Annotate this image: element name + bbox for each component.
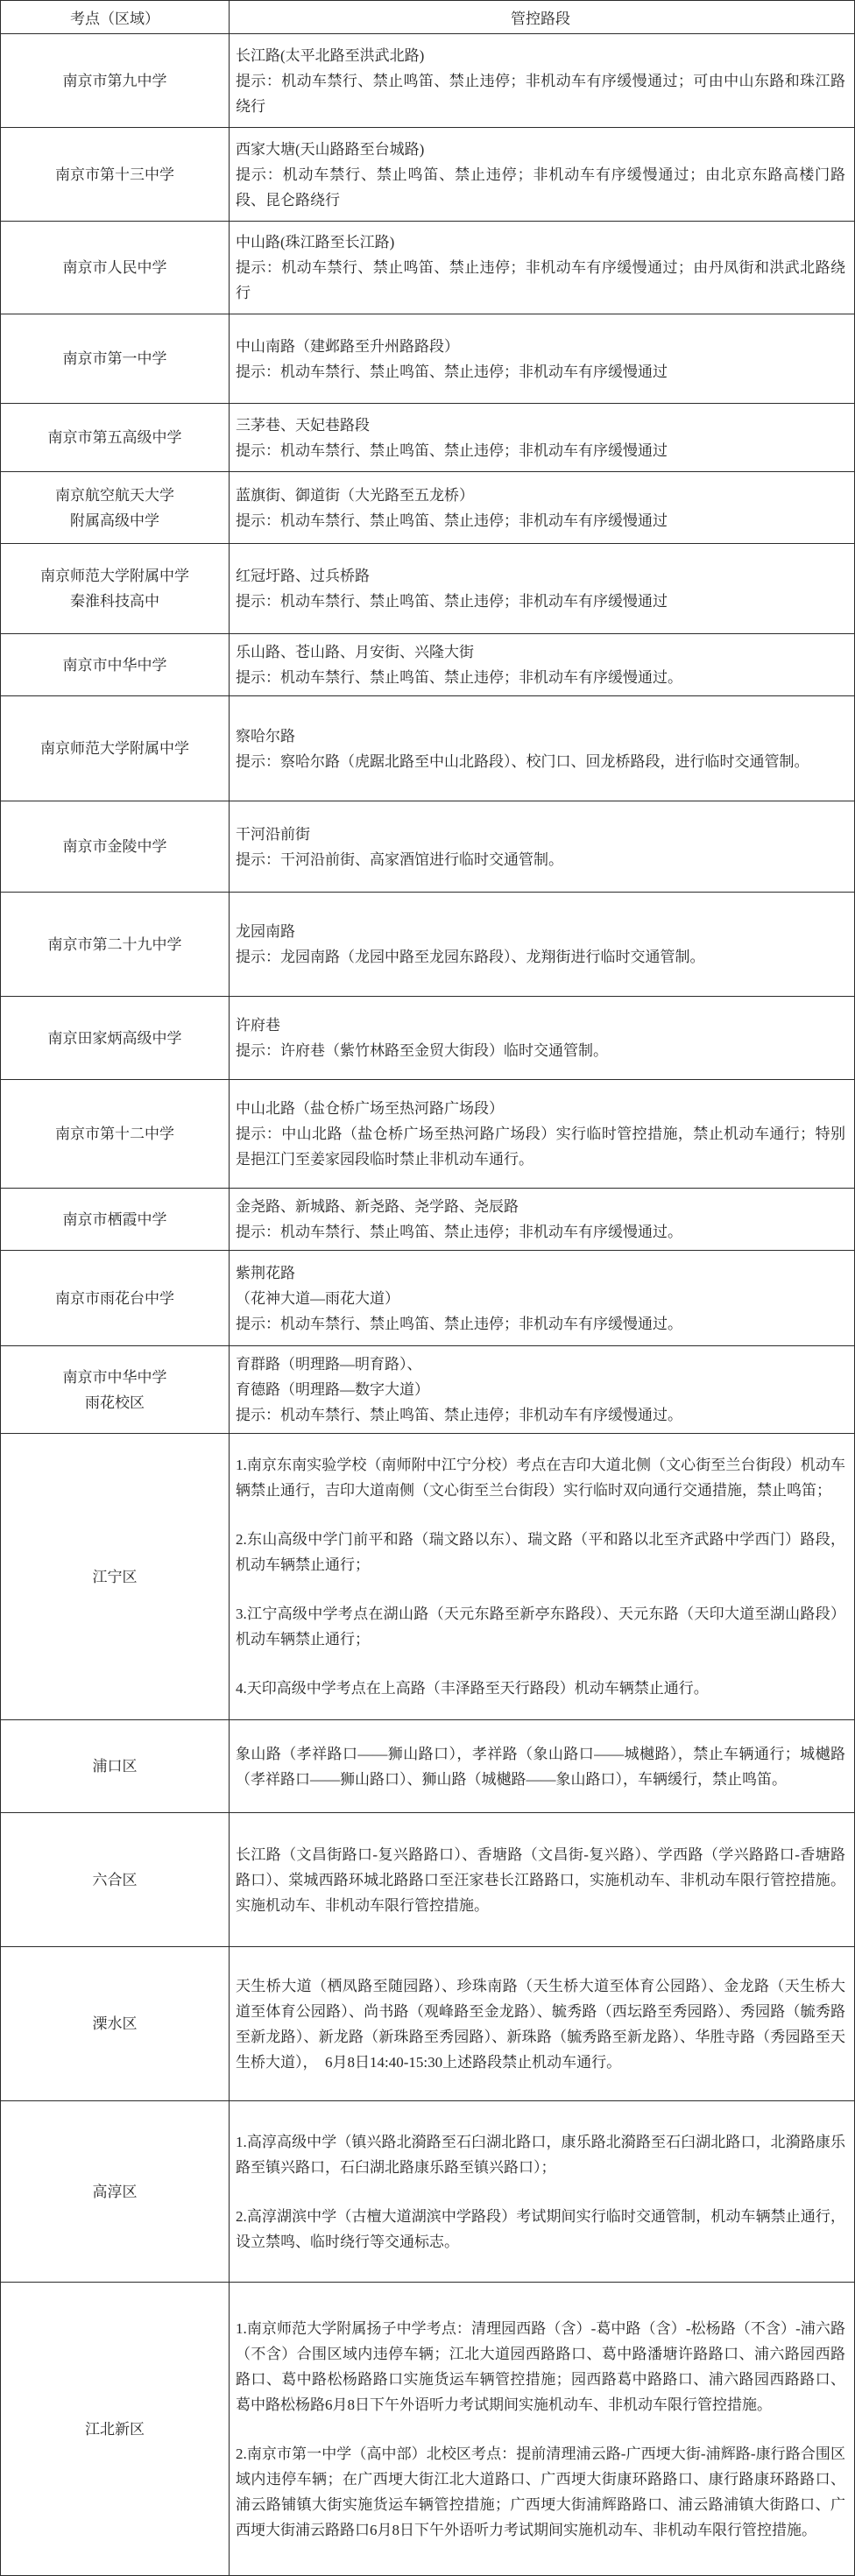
exam-site-line: 南京田家炳高级中学 <box>6 1026 223 1051</box>
controlled-roads-cell: 紫荆花路（花神大道—雨花大道）提示：机动车禁行、禁止鸣笛、禁止违停；非机动车有序… <box>230 1251 855 1346</box>
exam-site-line: 南京航空航天大学 <box>6 483 223 508</box>
header-row: 考点（区域） 管控路段 <box>1 1 855 34</box>
controlled-roads-cell: 天生桥大道（栖凤路至随园路）、珍珠南路（天生桥大道至体育公园路）、金龙路（天生桥… <box>230 1947 855 2101</box>
exam-site-cell: 江宁区 <box>1 1434 230 1720</box>
table-body: 南京市第九中学长江路(太平北路至洪武北路)提示：机动车禁行、禁止鸣笛、禁止违停；… <box>1 34 855 2576</box>
exam-site-line: 南京师范大学附属中学 <box>6 736 223 761</box>
exam-site-cell: 南京师范大学附属中学 <box>1 696 230 801</box>
exam-site-cell: 南京市第二十九中学 <box>1 893 230 997</box>
exam-site-line: 南京市金陵中学 <box>6 834 223 859</box>
exam-site-cell: 南京市金陵中学 <box>1 801 230 893</box>
road-control-text: 1.南京师范大学附属扬子中学考点：清理园西路（含）-葛中路（含）-松杨路（不含）… <box>236 2316 845 2417</box>
controlled-roads-cell: 长江路（文昌街路口-复兴路路口）、香塘路（文昌街-复兴路）、学西路（学兴路路口-… <box>230 1813 855 1947</box>
table-row: 南京市第二十九中学龙园南路提示：龙园南路（龙园中路至龙园东路段）、龙翔街进行临时… <box>1 893 855 997</box>
road-control-text: 许府巷 <box>236 1013 845 1038</box>
exam-site-line: 南京市人民中学 <box>6 255 223 280</box>
exam-site-line: 江北新区 <box>6 2417 223 2442</box>
exam-site-cell: 高淳区 <box>1 2101 230 2283</box>
table-row: 南京市第一中学中山南路（建邺路至升州路路段）提示：机动车禁行、禁止鸣笛、禁止违停… <box>1 314 855 404</box>
exam-site-line: 溧水区 <box>6 2011 223 2036</box>
exam-site-cell: 南京市第九中学 <box>1 34 230 128</box>
table-row: 高淳区1.高淳高级中学（镇兴路北漪路至石臼湖北路口，康乐路北漪路至石臼湖北路口，… <box>1 2101 855 2283</box>
controlled-roads-cell: 1.南京东南实验学校（南师附中江宁分校）考点在吉印大道北侧（文心街至兰台街段）机… <box>230 1434 855 1720</box>
controlled-roads-cell: 中山南路（建邺路至升州路路段）提示：机动车禁行、禁止鸣笛、禁止违停；非机动车有序… <box>230 314 855 404</box>
road-control-text: 提示：干河沿前街、高家酒馆进行临时交通管制。 <box>236 847 845 872</box>
road-control-text: 提示：机动车禁行、禁止鸣笛、禁止违停；非机动车有序缓慢通过。 <box>236 1311 845 1337</box>
table-row: 南京市第五高级中学三茅巷、天妃巷路段提示：机动车禁行、禁止鸣笛、禁止违停；非机动… <box>1 404 855 472</box>
road-control-text: 中山路(珠江路至长江路) <box>236 229 845 255</box>
exam-site-line: 浦口区 <box>6 1754 223 1779</box>
exam-site-cell: 南京田家炳高级中学 <box>1 997 230 1080</box>
road-control-text: 1.高淳高级中学（镇兴路北漪路至石臼湖北路口，康乐路北漪路至石臼湖北路口，北漪路… <box>236 2129 845 2180</box>
road-control-text: 提示：机动车禁行、禁止鸣笛、禁止违停；非机动车有序缓慢通过 <box>236 359 845 385</box>
exam-site-cell: 南京航空航天大学附属高级中学 <box>1 472 230 544</box>
exam-site-line: 江宁区 <box>6 1564 223 1590</box>
exam-site-line: 南京市第一中学 <box>6 346 223 371</box>
road-control-text: 提示：机动车禁行、禁止鸣笛、禁止违停；非机动车有序缓慢通过；可由中山东路和珠江路… <box>236 68 845 119</box>
exam-site-cell: 南京师范大学附属中学秦淮科技高中 <box>1 544 230 634</box>
road-control-text: 提示：机动车禁行、禁止鸣笛、禁止违停；非机动车有序缓慢通过。 <box>236 1402 845 1428</box>
road-control-text: 龙园南路 <box>236 919 845 944</box>
exam-site-line: 南京市雨花台中学 <box>6 1286 223 1311</box>
controlled-roads-cell: 长江路(太平北路至洪武北路)提示：机动车禁行、禁止鸣笛、禁止违停；非机动车有序缓… <box>230 34 855 128</box>
controlled-roads-cell: 西家大塘(天山路路至台城路)提示：机动车禁行、禁止鸣笛、禁止违停；非机动车有序缓… <box>230 128 855 222</box>
road-control-text: 提示：机动车禁行、禁止鸣笛、禁止违停；非机动车有序缓慢通过；由北京东路高楼门路段… <box>236 162 845 213</box>
exam-site-cell: 六合区 <box>1 1813 230 1947</box>
table-row: 南京田家炳高级中学许府巷提示：许府巷（紫竹林路至金贸大街段）临时交通管制。 <box>1 997 855 1080</box>
exam-site-cell: 浦口区 <box>1 1720 230 1813</box>
exam-site-cell: 南京市中华中学 <box>1 634 230 696</box>
road-control-text: 干河沿前街 <box>236 822 845 847</box>
table-row: 南京市第九中学长江路(太平北路至洪武北路)提示：机动车禁行、禁止鸣笛、禁止违停；… <box>1 34 855 128</box>
road-control-text: 察哈尔路 <box>236 723 845 749</box>
exam-site-line: 秦淮科技高中 <box>6 589 223 614</box>
road-control-text: 中山北路（盐仓桥广场至热河路广场段） <box>236 1096 845 1121</box>
road-control-text: 4.天印高级中学考点在上高路（丰泽路至天行路段）机动车辆禁止通行。 <box>236 1676 845 1701</box>
header-controlled-roads: 管控路段 <box>230 1 855 34</box>
controlled-roads-cell: 乐山路、苍山路、月安街、兴隆大街提示：机动车禁行、禁止鸣笛、禁止违停；非机动车有… <box>230 634 855 696</box>
exam-site-line: 南京市第十三中学 <box>6 162 223 187</box>
table-header: 考点（区域） 管控路段 <box>1 1 855 34</box>
exam-site-line: 南京市栖霞中学 <box>6 1207 223 1232</box>
controlled-roads-cell: 干河沿前街提示：干河沿前街、高家酒馆进行临时交通管制。 <box>230 801 855 893</box>
road-control-text: 育群路（明理路—明育路）、 <box>236 1352 845 1377</box>
road-control-text: 紫荆花路 <box>236 1260 845 1286</box>
road-control-text: 2.高淳湖滨中学（古檀大道湖滨中学路段）考试期间实行临时交通管制，机动车辆禁止通… <box>236 2204 845 2255</box>
controlled-roads-cell: 中山北路（盐仓桥广场至热河路广场段）提示：中山北路（盐仓桥广场至热河路广场段）实… <box>230 1080 855 1189</box>
road-control-text: 提示：龙园南路（龙园中路至龙园东路段）、龙翔街进行临时交通管制。 <box>236 944 845 970</box>
controlled-roads-cell: 三茅巷、天妃巷路段提示：机动车禁行、禁止鸣笛、禁止违停；非机动车有序缓慢通过 <box>230 404 855 472</box>
controlled-roads-cell: 察哈尔路提示：察哈尔路（虎踞北路至中山北路段）、校门口、回龙桥路段，进行临时交通… <box>230 696 855 801</box>
road-control-text: 红冠圩路、过兵桥路 <box>236 563 845 589</box>
exam-site-line: 雨花校区 <box>6 1390 223 1415</box>
controlled-roads-cell: 象山路（孝祥路口——狮山路口），孝祥路（象山路口——城樾路），禁止车辆通行；城樾… <box>230 1720 855 1813</box>
table-row: 南京市中华中学乐山路、苍山路、月安街、兴隆大街提示：机动车禁行、禁止鸣笛、禁止违… <box>1 634 855 696</box>
exam-site-line: 南京市第九中学 <box>6 68 223 94</box>
controlled-roads-cell: 育群路（明理路—明育路）、育德路（明理路—数字大道）提示：机动车禁行、禁止鸣笛、… <box>230 1346 855 1434</box>
table-row: 南京市栖霞中学金尧路、新城路、新尧路、尧学路、尧辰路提示：机动车禁行、禁止鸣笛、… <box>1 1189 855 1251</box>
exam-site-cell: 南京市第一中学 <box>1 314 230 404</box>
exam-site-cell: 江北新区 <box>1 2283 230 2576</box>
road-control-text: 提示：机动车禁行、禁止鸣笛、禁止违停；非机动车有序缓慢通过；由丹凤街和洪武北路绕… <box>236 255 845 306</box>
table-row: 溧水区天生桥大道（栖凤路至随园路）、珍珠南路（天生桥大道至体育公园路）、金龙路（… <box>1 1947 855 2101</box>
table-row: 六合区长江路（文昌街路口-复兴路路口）、香塘路（文昌街-复兴路）、学西路（学兴路… <box>1 1813 855 1947</box>
exam-site-cell: 南京市中华中学雨花校区 <box>1 1346 230 1434</box>
road-control-text: 2.东山高级中学门前平和路（瑞文路以东）、瑞文路（平和路以北至齐武路中学西门）路… <box>236 1527 845 1577</box>
controlled-roads-cell: 金尧路、新城路、新尧路、尧学路、尧辰路提示：机动车禁行、禁止鸣笛、禁止违停；非机… <box>230 1189 855 1251</box>
road-control-text: 提示：机动车禁行、禁止鸣笛、禁止违停；非机动车有序缓慢通过 <box>236 508 845 533</box>
table-row: 南京市金陵中学干河沿前街提示：干河沿前街、高家酒馆进行临时交通管制。 <box>1 801 855 893</box>
road-control-text: 3.江宁高级中学考点在湖山路（天元东路至新亭东路段）、天元东路（天印大道至湖山路… <box>236 1601 845 1652</box>
road-control-text: （花神大道—雨花大道） <box>236 1286 845 1311</box>
road-control-text: 长江路（文昌街路口-复兴路路口）、香塘路（文昌街-复兴路）、学西路（学兴路路口-… <box>236 1842 845 1918</box>
road-control-text: 提示：察哈尔路（虎踞北路至中山北路段）、校门口、回龙桥路段，进行临时交通管制。 <box>236 749 845 774</box>
exam-site-line: 南京市第五高级中学 <box>6 425 223 450</box>
road-control-text: 金尧路、新城路、新尧路、尧学路、尧辰路 <box>236 1194 845 1219</box>
controlled-roads-cell: 中山路(珠江路至长江路)提示：机动车禁行、禁止鸣笛、禁止违停；非机动车有序缓慢通… <box>230 222 855 314</box>
controlled-roads-cell: 红冠圩路、过兵桥路提示：机动车禁行、禁止鸣笛、禁止违停；非机动车有序缓慢通过 <box>230 544 855 634</box>
exam-site-line: 附属高级中学 <box>6 508 223 533</box>
header-exam-site: 考点（区域） <box>1 1 230 34</box>
table-row: 南京市人民中学中山路(珠江路至长江路)提示：机动车禁行、禁止鸣笛、禁止违停；非机… <box>1 222 855 314</box>
controlled-roads-cell: 1.高淳高级中学（镇兴路北漪路至石臼湖北路口，康乐路北漪路至石臼湖北路口，北漪路… <box>230 2101 855 2283</box>
controlled-roads-cell: 许府巷提示：许府巷（紫竹林路至金贸大街段）临时交通管制。 <box>230 997 855 1080</box>
table-row: 浦口区象山路（孝祥路口——狮山路口），孝祥路（象山路口——城樾路），禁止车辆通行… <box>1 1720 855 1813</box>
exam-site-line: 六合区 <box>6 1867 223 1893</box>
road-control-text: 育德路（明理路—数字大道） <box>236 1377 845 1402</box>
exam-site-line: 南京市第十二中学 <box>6 1121 223 1147</box>
table-row: 南京航空航天大学附属高级中学蓝旗街、御道街（大光路至五龙桥）提示：机动车禁行、禁… <box>1 472 855 544</box>
road-control-text: 蓝旗街、御道街（大光路至五龙桥） <box>236 483 845 508</box>
road-control-text: 三茅巷、天妃巷路段 <box>236 413 845 438</box>
exam-site-cell: 南京市第五高级中学 <box>1 404 230 472</box>
road-control-text: 提示：许府巷（紫竹林路至金贸大街段）临时交通管制。 <box>236 1038 845 1063</box>
table-row: 南京市第十二中学中山北路（盐仓桥广场至热河路广场段）提示：中山北路（盐仓桥广场至… <box>1 1080 855 1189</box>
table-row: 南京师范大学附属中学秦淮科技高中红冠圩路、过兵桥路提示：机动车禁行、禁止鸣笛、禁… <box>1 544 855 634</box>
exam-site-line: 南京市第二十九中学 <box>6 932 223 957</box>
road-control-text: 提示：机动车禁行、禁止鸣笛、禁止违停；非机动车有序缓慢通过 <box>236 438 845 463</box>
traffic-control-table: 考点（区域） 管控路段 南京市第九中学长江路(太平北路至洪武北路)提示：机动车禁… <box>0 0 855 2576</box>
exam-site-line: 南京市中华中学 <box>6 1365 223 1390</box>
table-row: 南京师范大学附属中学察哈尔路提示：察哈尔路（虎踞北路至中山北路段）、校门口、回龙… <box>1 696 855 801</box>
road-control-text: 天生桥大道（栖凤路至随园路）、珍珠南路（天生桥大道至体育公园路）、金龙路（天生桥… <box>236 1973 845 2075</box>
table-row: 南京市中华中学雨花校区育群路（明理路—明育路）、育德路（明理路—数字大道）提示：… <box>1 1346 855 1434</box>
table-row: 南京市第十三中学西家大塘(天山路路至台城路)提示：机动车禁行、禁止鸣笛、禁止违停… <box>1 128 855 222</box>
page: 考点（区域） 管控路段 南京市第九中学长江路(太平北路至洪武北路)提示：机动车禁… <box>0 0 855 2576</box>
table-row: 江宁区1.南京东南实验学校（南师附中江宁分校）考点在吉印大道北侧（文心街至兰台街… <box>1 1434 855 1720</box>
road-control-text: 1.南京东南实验学校（南师附中江宁分校）考点在吉印大道北侧（文心街至兰台街段）机… <box>236 1452 845 1503</box>
exam-site-cell: 南京市第十二中学 <box>1 1080 230 1189</box>
exam-site-cell: 南京市人民中学 <box>1 222 230 314</box>
exam-site-line: 南京市中华中学 <box>6 653 223 678</box>
road-control-text: 中山南路（建邺路至升州路路段） <box>236 334 845 359</box>
exam-site-line: 南京师范大学附属中学 <box>6 563 223 589</box>
road-control-text: 象山路（孝祥路口——狮山路口），孝祥路（象山路口——城樾路），禁止车辆通行；城樾… <box>236 1741 845 1792</box>
road-control-text: 提示：机动车禁行、禁止鸣笛、禁止违停；非机动车有序缓慢通过 <box>236 589 845 614</box>
road-control-text: 乐山路、苍山路、月安街、兴隆大街 <box>236 639 845 665</box>
exam-site-cell: 南京市雨花台中学 <box>1 1251 230 1346</box>
controlled-roads-cell: 1.南京师范大学附属扬子中学考点：清理园西路（含）-葛中路（含）-松杨路（不含）… <box>230 2283 855 2576</box>
exam-site-cell: 溧水区 <box>1 1947 230 2101</box>
table-row: 江北新区1.南京师范大学附属扬子中学考点：清理园西路（含）-葛中路（含）-松杨路… <box>1 2283 855 2576</box>
road-control-text: 提示：机动车禁行、禁止鸣笛、禁止违停；非机动车有序缓慢通过。 <box>236 665 845 690</box>
table-row: 南京市雨花台中学紫荆花路（花神大道—雨花大道）提示：机动车禁行、禁止鸣笛、禁止违… <box>1 1251 855 1346</box>
road-control-text: 提示：机动车禁行、禁止鸣笛、禁止违停；非机动车有序缓慢通过。 <box>236 1219 845 1245</box>
road-control-text: 2.南京市第一中学（高中部）北校区考点：提前清理浦云路-广西埂大街-浦辉路-康行… <box>236 2441 845 2543</box>
road-control-text: 提示：中山北路（盐仓桥广场至热河路广场段）实行临时管控措施，禁止机动车通行；特别… <box>236 1121 845 1172</box>
road-control-text: 长江路(太平北路至洪武北路) <box>236 43 845 68</box>
exam-site-cell: 南京市第十三中学 <box>1 128 230 222</box>
controlled-roads-cell: 蓝旗街、御道街（大光路至五龙桥）提示：机动车禁行、禁止鸣笛、禁止违停；非机动车有… <box>230 472 855 544</box>
exam-site-line: 高淳区 <box>6 2179 223 2205</box>
controlled-roads-cell: 龙园南路提示：龙园南路（龙园中路至龙园东路段）、龙翔街进行临时交通管制。 <box>230 893 855 997</box>
exam-site-cell: 南京市栖霞中学 <box>1 1189 230 1251</box>
road-control-text: 西家大塘(天山路路至台城路) <box>236 137 845 162</box>
